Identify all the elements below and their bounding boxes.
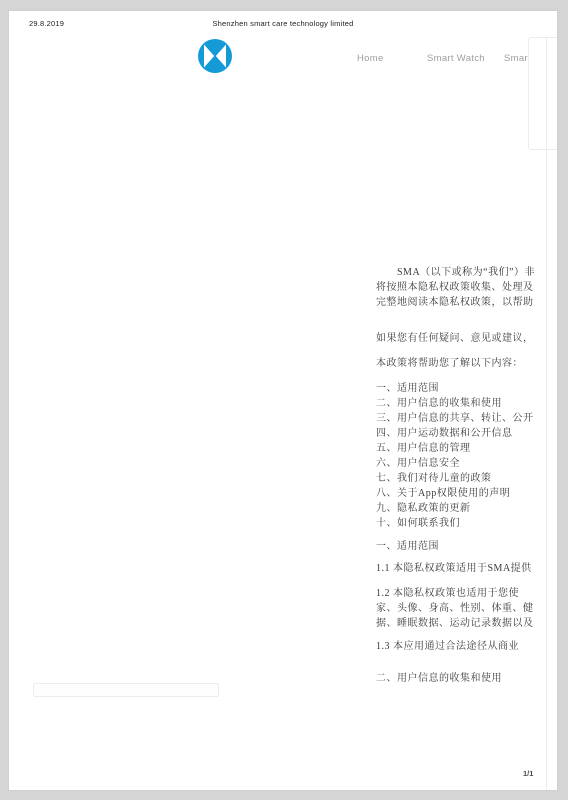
print-title: Shenzhen smart care technology limited <box>9 19 557 28</box>
bowtie-logo-icon <box>198 39 232 73</box>
toc-item: 六、用户信息安全 <box>376 456 546 471</box>
toc-item: 八、关于App权限使用的声明 <box>376 486 546 501</box>
text-line: 据、睡眠数据、运动记录数据以及 <box>376 616 546 631</box>
text-line: 本政策将帮助您了解以下内容： <box>376 356 546 371</box>
clipped-dropdown-panel <box>528 37 558 150</box>
document-page: 29.8.2019 Shenzhen smart care technology… <box>8 10 558 791</box>
toc-item: 十、如何联系我们 <box>376 516 546 531</box>
section-title: 一、适用范围 <box>376 539 546 554</box>
nav-item-smart-watch[interactable]: Smart Watch <box>427 53 485 64</box>
text-line: 1.1 本隐私权政策适用于SMA提供 <box>376 561 546 576</box>
text-line: SMA（以下或称为“我们”）非 <box>376 265 546 280</box>
toc-item: 四、用户运动数据和公开信息 <box>376 426 546 441</box>
toc-item: 二、用户信息的收集和使用 <box>376 396 546 411</box>
toc-item: 九、隐私政策的更新 <box>376 501 546 516</box>
text-line: 完整地阅读本隐私权政策，以帮助 <box>376 295 546 310</box>
page-number: 1/1 <box>523 769 533 778</box>
section-title: 二、用户信息的收集和使用 <box>376 671 546 686</box>
text-line: 1.2 本隐私权政策也适用于您使 <box>376 586 546 601</box>
toc-item: 五、用户信息的管理 <box>376 441 546 456</box>
text-line: 将按照本隐私权政策收集、处理及 <box>376 280 546 295</box>
text-line: 如果您有任何疑问、意见或建议， <box>376 331 546 346</box>
content-right-border <box>546 37 547 791</box>
empty-input-placeholder[interactable] <box>33 683 219 697</box>
nav-item-home[interactable]: Home <box>357 53 384 64</box>
privacy-policy-text: SMA（以下或称为“我们”）非 将按照本隐私权政策收集、处理及 完整地阅读本隐私… <box>376 265 546 686</box>
toc-item: 一、适用范围 <box>376 381 546 396</box>
company-logo-icon[interactable] <box>198 39 232 73</box>
text-line: 家、头像、身高、性别、体重、健 <box>376 601 546 616</box>
toc-item: 七、我们对待儿童的政策 <box>376 471 546 486</box>
text-line: 1.3 本应用通过合法途径从商业 <box>376 639 546 654</box>
toc-item: 三、用户信息的共享、转让、公开 <box>376 411 546 426</box>
